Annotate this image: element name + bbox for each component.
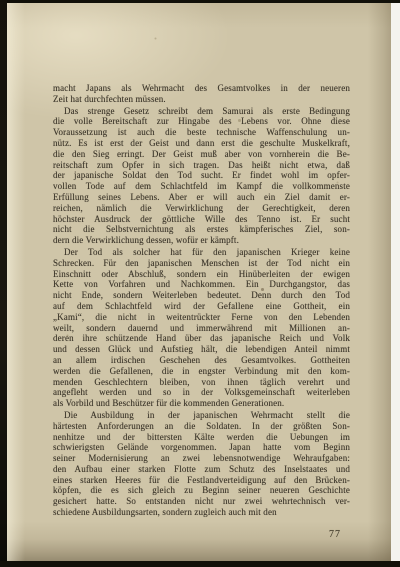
scan-border-top — [0, 0, 400, 3]
text-line: menden Geschlechtern bleiben, von ihnen … — [53, 377, 350, 388]
text-line: „Kami“, die nicht in weitentrückter Fern… — [53, 312, 350, 323]
text-line: Schrecken. Für den japanischen Menschen … — [53, 258, 350, 269]
page-text: macht Japans als Wehrmacht des Gesamtvol… — [53, 83, 350, 519]
text-line: als Vorbild und Beschützer für die komme… — [53, 398, 350, 409]
text-line: die den Sieg erringt. Der Geist muß aber… — [53, 149, 350, 160]
text-line: weilt, sondern dauernd und immerwährend … — [53, 323, 350, 334]
text-line: Einschnitt oder Abschluß, sondern ein Hi… — [53, 269, 350, 280]
text-line: nicht Ende, sondern Weiterleben bedeutet… — [53, 290, 350, 301]
text-line: nütz. Es ist erst der Geist und dann ers… — [53, 138, 350, 149]
text-line: die volle Bereitschaft zur Hingabe des L… — [53, 116, 350, 127]
text-line: macht Japans als Wehrmacht des Gesamtvol… — [53, 83, 350, 94]
text-line: dern die Verwirklichung dessen, wofür er… — [53, 235, 350, 246]
text-line: und dessen Glück und Aufstieg hält, die … — [53, 344, 350, 355]
text-line: schiedene Ausbildungsarten, sondern zugl… — [53, 507, 350, 518]
text-line: nenhitze und der bittersten Kälte werden… — [53, 432, 350, 443]
text-line: der japanische Soldat den Tod sucht. Er … — [53, 170, 350, 181]
text-line: eines starken Heeres für die Festlandver… — [53, 475, 350, 486]
text-line: schwierigsten Gelände vorgenommen. Japan… — [53, 442, 350, 453]
text-line: gesichert hatte. So entstanden nicht nur… — [53, 496, 350, 507]
scan-border-bottom — [0, 561, 400, 567]
text-line: köpfen, die es sich gleich zu Beginn sei… — [53, 485, 350, 496]
page-number: 77 — [329, 529, 341, 540]
text-line: Der Tod als solcher hat für den japanisc… — [53, 247, 350, 258]
text-line: an allem irdischen Geschehen des Gesamtv… — [53, 355, 350, 366]
paragraph: Die Ausbildung in der japanischen Wehrma… — [53, 410, 350, 518]
text-line: Kette von Vorfahren und Nachkommen. Ein … — [53, 279, 350, 290]
text-line: werden die Gefallenen, die in engster Ve… — [53, 366, 350, 377]
text-line: reitschaft zum Opfer in sich tragen. Das… — [53, 160, 350, 171]
text-line: den Aufbau einer starken Flotte zum Schu… — [53, 464, 350, 475]
text-line: angefleht werden und so in der Volksgeme… — [53, 387, 350, 398]
text-line: Das strenge Gesetz schreibt dem Samurai … — [53, 106, 350, 117]
text-line: deren ihre schützende Hand über das japa… — [53, 333, 350, 344]
text-line: Erfüllung seines Lebens. Aber er will au… — [53, 192, 350, 203]
paragraph: Das strenge Gesetz schreibt dem Samurai … — [53, 106, 350, 246]
scanned-book-page: macht Japans als Wehrmacht des Gesamtvol… — [7, 2, 391, 561]
text-line: höchster Ausdruck der göttliche Wille de… — [53, 214, 350, 225]
text-line: seiner Modernisierung an zwei lebensnotw… — [53, 453, 350, 464]
paragraph: Der Tod als solcher hat für den japanisc… — [53, 247, 350, 409]
scan-border-left — [0, 0, 7, 567]
text-line: nicht die Selbstvernichtung als erstes k… — [53, 224, 350, 235]
text-line: Die Ausbildung in der japanischen Wehrma… — [53, 410, 350, 421]
paragraph: macht Japans als Wehrmacht des Gesamtvol… — [53, 83, 350, 105]
text-line: reichen, nämlich die Verwirklichung der … — [53, 203, 350, 214]
text-line: Voraussetzung ist auch die beste technis… — [53, 127, 350, 138]
text-line: auf dem Schlachtfeld wird der Gefallene … — [53, 301, 350, 312]
text-line: Zeit hat durchfechten müssen. — [53, 94, 350, 105]
text-line: vollen Tode auf dem Schlachtfeld im Kamp… — [53, 181, 350, 192]
text-line: härtesten Anforderungen an die Soldaten.… — [53, 421, 350, 432]
